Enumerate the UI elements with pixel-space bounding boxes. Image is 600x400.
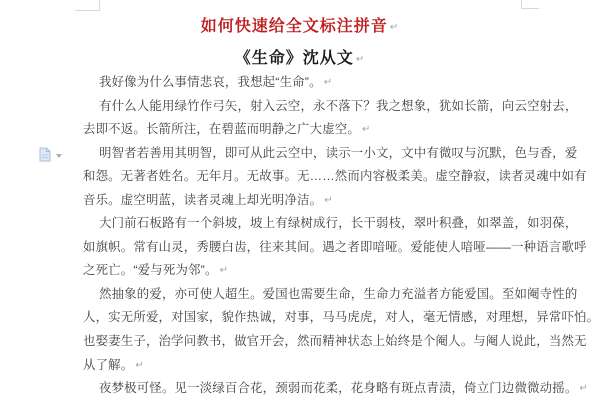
body-line: 音乐。虚空明蓝，读者灵魂上却光明净洁。↵ [83, 189, 545, 213]
body-line: 从了解。↵ [83, 354, 545, 378]
body-line: 人，实无所爱，对国家，貌作热诚，对事，马马虎虎，对人，毫无情感，对理想，异常吓怕… [83, 306, 545, 330]
paragraph-mark: ↵ [324, 195, 333, 206]
paragraph-mark: ↵ [579, 383, 588, 394]
paragraph-mark: ↵ [362, 124, 371, 135]
text-boundary-mark-top-left [75, 10, 100, 11]
paragraph-mark: ↵ [390, 22, 399, 33]
comment-document-icon [39, 147, 51, 162]
margin-comment-indicator[interactable] [39, 147, 62, 162]
dropdown-arrow-icon [56, 154, 62, 158]
document-page: { "document": { "title": "如何快速给全文标注拼音", … [0, 0, 600, 400]
body-line: 如旗帜。常有山灵，秀腰白齿，往来其间。遇之者即喑哑。爱能使人喑哑——一种语言歌呼 [83, 236, 545, 260]
body-text[interactable]: 我好像为什么事情悲哀，我想起“生命”。↵有什么人能用绿竹作弓矢，射入云空，永不落… [83, 71, 545, 400]
document-title-text: 如何快速给全文标注拼音 [201, 18, 388, 35]
body-line: 和怨。无著者姓名。无年月。无故事。无……然而内容极柔美。虚空静寂，读者灵魂中如有 [83, 165, 545, 189]
body-line: 夜梦极可怪。见一淡绿百合花，颈弱而花柔，花身略有斑点青渍，倚立门边微微动摇。↵ [83, 377, 545, 400]
text-boundary-mark-top-right [521, 8, 539, 9]
body-line: 之死亡。“爱与死为邻”。↵ [83, 259, 545, 283]
body-line: 然抽象的爱，亦可使人超生。爱国也需要生命，生命力充溢者方能爱国。至如阉寺性的 [83, 283, 545, 307]
paragraph-mark: ↵ [324, 77, 333, 88]
document-title[interactable]: 如何快速给全文标注拼音↵ [0, 13, 600, 36]
body-line: 大门前石板路有一个斜坡，坡上有绿树成行，长干弱枝，翠叶积叠，如翠盖，如羽葆， [83, 212, 545, 236]
body-line: 明智者若善用其明智，即可从此云空中，读示一小文，文中有微叹与沉默，色与香，爱 [83, 142, 545, 166]
document-subtitle-text: 《生命》沈从文 [235, 50, 354, 67]
paragraph-mark: ↵ [135, 360, 144, 371]
body-line: 我好像为什么事情悲哀，我想起“生命”。↵ [83, 71, 545, 95]
body-line: 去即不返。长箭所注，在碧蓝而明静之广大虚空。↵ [83, 118, 545, 142]
paragraph-mark: ↵ [220, 265, 229, 276]
body-line: 有什么人能用绿竹作弓矢，射入云空，永不落下？我之想象，犹如长箭，向云空射去， [83, 95, 545, 119]
body-line: 也娶妻生子，治学问教书，做官开会，然而精神状态上始终是个阉人。与阉人说此，当然无 [83, 330, 545, 354]
document-subtitle[interactable]: 《生命》沈从文↵ [0, 45, 600, 68]
paragraph-mark: ↵ [356, 54, 365, 65]
